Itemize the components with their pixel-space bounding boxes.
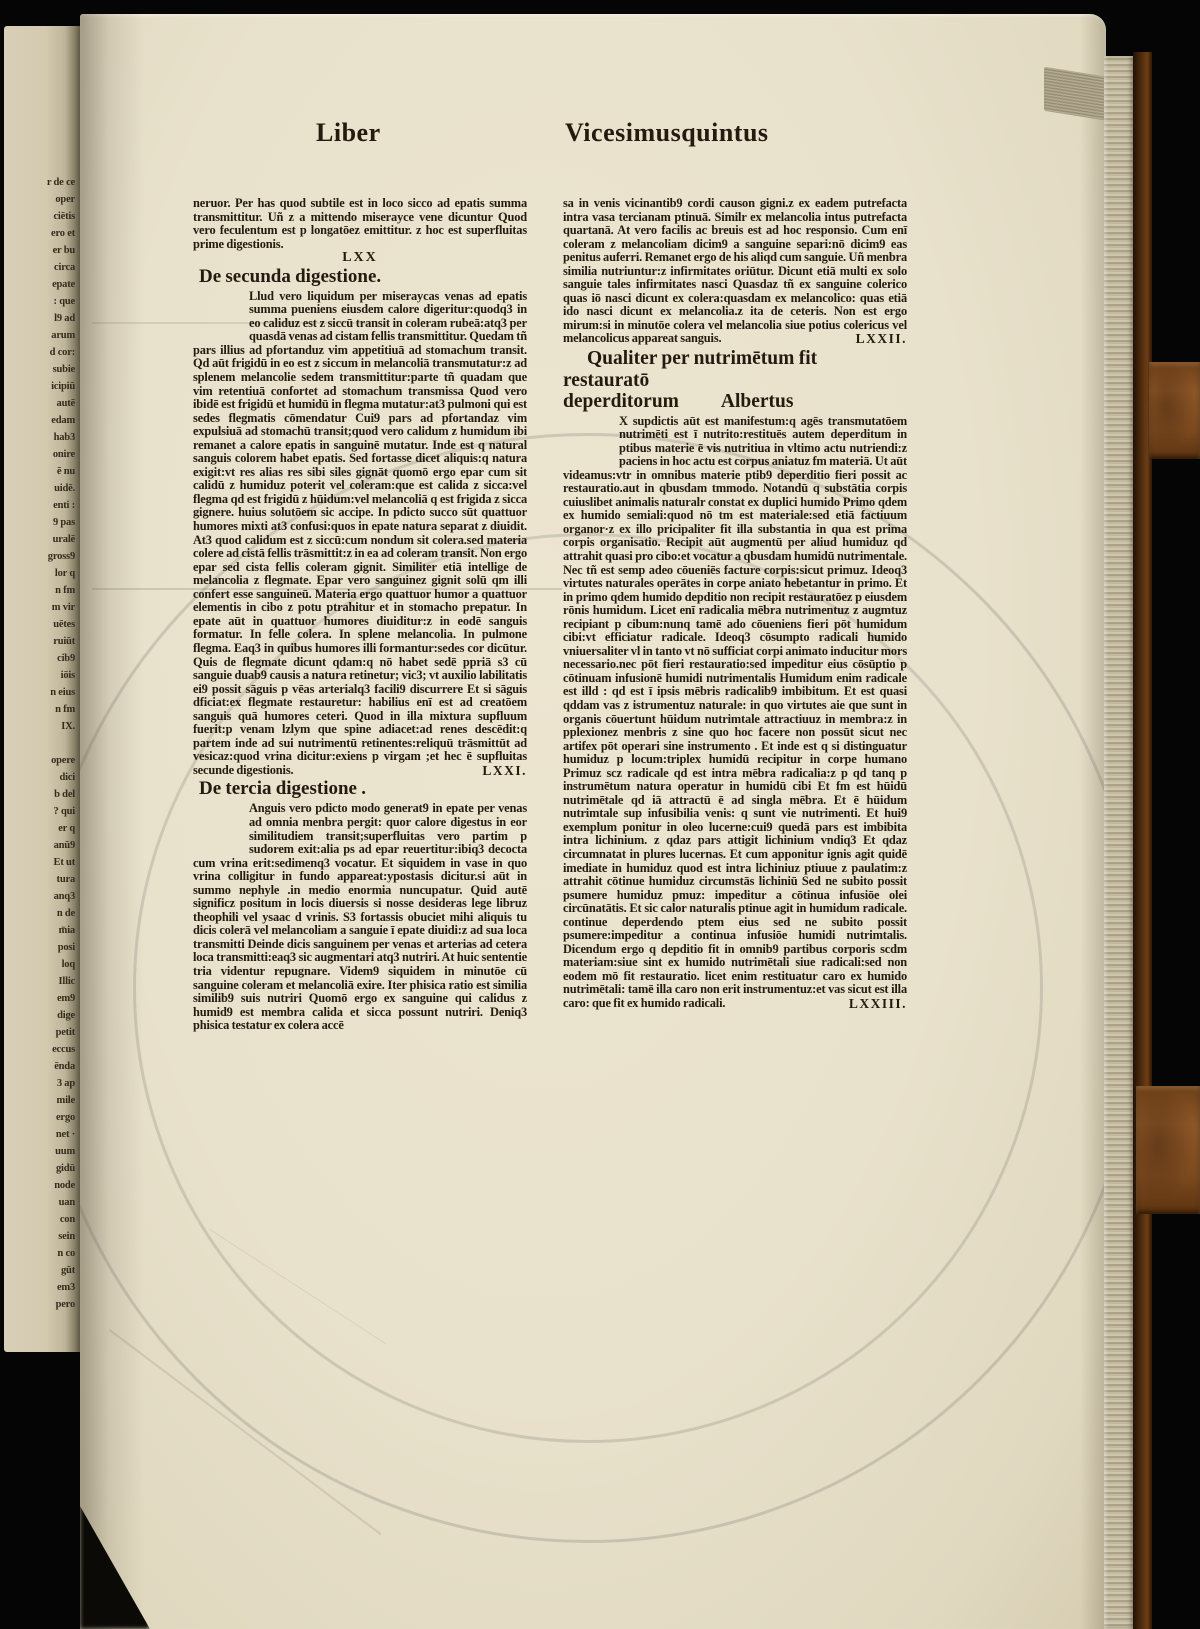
running-header-liber: Liber	[316, 118, 381, 148]
heading-qualiter-line2: deperditorum	[563, 391, 679, 412]
section-heading-secunda-digestione: De secunda digestione.	[199, 266, 527, 288]
paragraph-secunda-digestione: Llud vero liquidum per miseraycas venas …	[193, 290, 527, 778]
running-header-vicesimusquintus: Vicesimusquintus	[565, 118, 769, 148]
blank-initial-space	[193, 290, 249, 331]
page-edge-shadow	[1080, 14, 1106, 1629]
section-heading-tercia-digestione: De tercia digestione .	[199, 778, 527, 800]
crease-line	[209, 1229, 386, 1344]
paragraph-albertus: X supdictis aūt est manifestum:q agēs tr…	[563, 415, 907, 1011]
heading-qualiter-author: Albertus	[721, 391, 794, 412]
fore-edge	[1104, 56, 1134, 1629]
photo-background: { "palette": { "background": "#050505", …	[0, 0, 1200, 1629]
paragraph-fevers: sa in venis vicinantib9 cordi causon gig…	[563, 197, 907, 346]
text-column-left: neruor. Per has quod subtile est in loco…	[193, 197, 527, 1033]
book-page: Liber Vicesimusquintus neruor. Per has q…	[80, 14, 1106, 1629]
chapter-number-lxx: LXX	[193, 251, 527, 265]
blank-initial-space	[193, 802, 249, 843]
board-edge-leather	[1133, 52, 1152, 1629]
running-header: Liber Vicesimusquintus	[80, 118, 1106, 152]
section-heading-qualiter: Qualiter per nutrimētum fit restauratō d…	[563, 348, 907, 413]
facing-page-text-fragments: r de ce oper ciētis ero et er bu circa e…	[7, 174, 75, 1313]
text-column-right: sa in venis vicinantib9 cordi causon gig…	[563, 197, 907, 1011]
heading-qualiter-line1: Qualiter per nutrimētum fit restauratō	[563, 348, 817, 391]
clasp-strap-lower	[1136, 1086, 1200, 1214]
paragraph-end-first-digestion: neruor. Per has quod subtile est in loco…	[193, 197, 527, 251]
facing-page-edge: r de ce oper ciētis ero et er bu circa e…	[4, 26, 80, 1352]
crease-line	[109, 1329, 381, 1535]
clasp-strap-upper	[1149, 362, 1200, 459]
paragraph-tercia-digestione: Anguis vero pdicto modo generat9 in epat…	[193, 802, 527, 1032]
blank-initial-space	[563, 415, 619, 456]
gutter-shadow	[80, 14, 144, 1629]
